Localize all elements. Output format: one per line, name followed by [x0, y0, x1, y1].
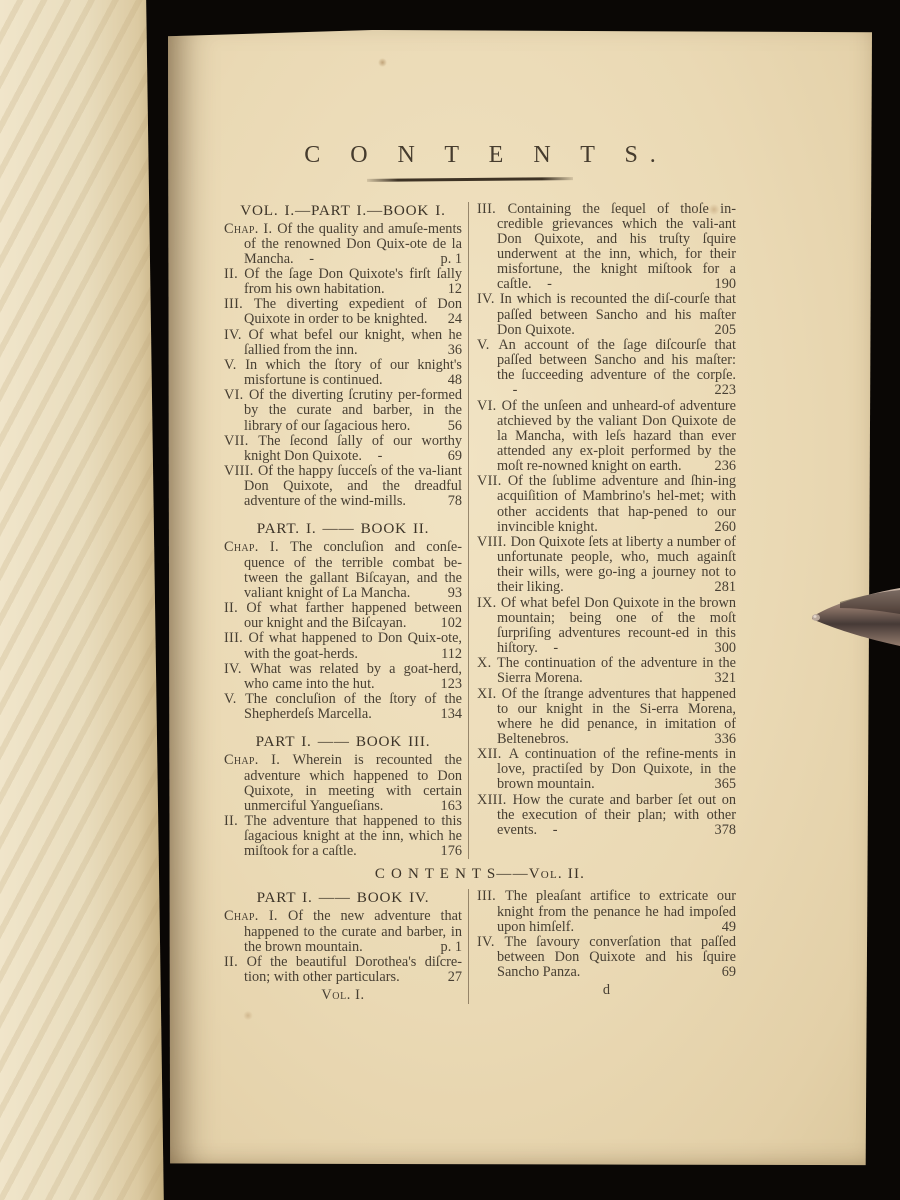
page-number: 48 [448, 373, 462, 388]
chapter-number: V. [477, 338, 498, 353]
page-number: p. 1 [441, 252, 462, 267]
page-number: 102 [441, 616, 462, 631]
toc-entry: VIII. Of the happy ſucceſs of the va-lia… [224, 464, 462, 509]
toc-entry: V. An account of the ſage diſcourſe that… [477, 338, 736, 399]
page-number: 223 [715, 383, 736, 398]
page-number: 236 [715, 459, 736, 474]
toc-entry: VIII. Don Quixote ſets at liberty a numb… [477, 535, 736, 596]
page-number: 49 [722, 920, 736, 935]
chapter-number: VII. [477, 474, 508, 489]
page-number: 123 [441, 677, 462, 692]
chapter-number: IV. [477, 292, 500, 307]
chapter-number: Chap. I. [224, 909, 288, 924]
book-section-heading: PART. I. —— BOOK II. [224, 520, 462, 538]
chapter-number: IV. [477, 935, 504, 950]
toc-entry: Chap. I. Of the quality and amuſe-ments … [224, 222, 462, 267]
filler-dash: - [537, 823, 573, 838]
toc-entry: VII. The ſecond ſally of our worthy knig… [224, 434, 462, 464]
facing-page [0, 0, 168, 1200]
toc-entry: VI. Of the diverting ſcrutiny per-formed… [224, 388, 462, 433]
toc-entry: II. The adventure that happened to this … [224, 814, 462, 859]
toc-entry: II. Of what farther happened between our… [224, 601, 462, 631]
photo-background: C O N T E N T S. VOL. I.—PART I.—BOOK I.… [0, 0, 900, 1200]
toc-entry: Chap. I. Wherein is recounted the advent… [224, 753, 462, 814]
toc-entry: IV. The ſavoury converſation that paſſed… [477, 935, 736, 980]
chapter-number: III. [224, 297, 254, 312]
page-number: 69 [448, 449, 462, 464]
page-number: 176 [441, 844, 462, 859]
page-content: C O N T E N T S. VOL. I.—PART I.—BOOK I.… [224, 26, 736, 1168]
filler-dash: - [294, 252, 330, 267]
page-number: 190 [715, 277, 736, 292]
title-rule [367, 177, 573, 181]
page-number: 205 [715, 323, 736, 338]
toc-entry: II. Of the beautiful Dorothea's diſcre-t… [224, 955, 462, 985]
page-number: 336 [715, 732, 736, 747]
filler-dash: - [497, 383, 533, 398]
chapter-number: XIII. [477, 793, 513, 808]
toc-entry: III. Of what happened to Don Quix-ote, w… [224, 631, 462, 661]
page-number: 321 [715, 671, 736, 686]
toc-entry: III. The diverting expedient of Don Quix… [224, 297, 462, 327]
page-number: 378 [715, 823, 736, 838]
chapter-number: II. [224, 814, 244, 829]
toc-columns-bottom: PART I. —— BOOK IV.Chap. I. Of the new a… [224, 889, 736, 1004]
chapter-number: V. [224, 358, 245, 373]
chapter-number: Chap. I. [224, 753, 293, 768]
toc-entry: Chap. I. Of the new adventure that happe… [224, 909, 462, 954]
filler-dash: - [538, 641, 574, 656]
page-number: 281 [715, 580, 736, 595]
chapter-number: VI. [224, 388, 249, 403]
chapter-number: III. [477, 889, 505, 904]
chapter-number: IV. [224, 662, 250, 677]
page-number: 24 [448, 312, 462, 327]
filler-dash: - [362, 449, 398, 464]
chapter-number: XI. [477, 687, 502, 702]
page-number: 134 [441, 707, 462, 722]
page-number: 78 [448, 494, 462, 509]
chapter-number: II. [224, 601, 246, 616]
toc-entry: Chap. I. The concluſion and conſe-quence… [224, 540, 462, 601]
page-number: 69 [722, 965, 736, 980]
chapter-number: VIII. [224, 464, 258, 479]
chapter-number: IV. [224, 328, 248, 343]
page-number: 27 [448, 970, 462, 985]
chapter-number: VII. [224, 434, 258, 449]
toc-entry: II. Of the ſage Don Quixote's firſt ſall… [224, 267, 462, 297]
toc-columns-top: VOL. I.—PART I.—BOOK I.Chap. I. Of the q… [224, 202, 736, 860]
toc-entry: IV. In which is recounted the diſ-courſe… [477, 292, 736, 337]
page-number: 36 [448, 343, 462, 358]
chapter-number: X. [477, 656, 497, 671]
contents-page: C O N T E N T S. VOL. I.—PART I.—BOOK I.… [168, 26, 872, 1168]
filler-dash: - [532, 277, 568, 292]
chapter-number: VI. [477, 399, 502, 414]
chapter-number: V. [224, 692, 245, 707]
toc-entry: IX. Of what befel Don Quixote in the bro… [477, 596, 736, 657]
chapter-number: VIII. [477, 535, 511, 550]
toc-entry: V. The concluſion of the ſtory of the Sh… [224, 692, 462, 722]
page-title: C O N T E N T S. [224, 26, 748, 169]
toc-column-top-right: III. Containing the ſequel of thoſe in-c… [468, 202, 736, 860]
toc-entry: XIII. How the curate and barber ſet out … [477, 793, 736, 838]
chapter-number: Chap. I. [224, 222, 277, 237]
vol2-contents-header: C O N T E N T S——Vol. II. [224, 866, 736, 883]
page-number: 12 [448, 282, 462, 297]
toc-entry: VII. Of the ſublime adventure and ſhin-i… [477, 474, 736, 535]
chapter-number: Chap. I. [224, 540, 290, 555]
chapter-number: XII. [477, 747, 509, 762]
toc-entry: X. The continuation of the adventure in … [477, 656, 736, 686]
chapter-number: II. [224, 955, 247, 970]
toc-entry: III. The pleaſant artifice to extricate … [477, 889, 736, 934]
page-number: 163 [441, 799, 462, 814]
page-number: 112 [441, 647, 462, 662]
book-section-heading: PART I. —— BOOK III. [224, 733, 462, 751]
chapter-number: III. [477, 202, 508, 217]
toc-entry: XII. A continuation of the refine-ments … [477, 747, 736, 792]
toc-entry: IV. What was related by a goat-herd, who… [224, 662, 462, 692]
signature-mark: d [477, 982, 736, 999]
toc-column-bottom-right: III. The pleaſant artifice to extricate … [468, 889, 736, 1004]
toc-entry: V. In which the ſtory of our knight's mi… [224, 358, 462, 388]
toc-column-top-left: VOL. I.—PART I.—BOOK I.Chap. I. Of the q… [224, 202, 462, 860]
chapter-number: III. [224, 631, 249, 646]
volume-footer: Vol. I. [224, 987, 462, 1004]
toc-entry: VI. Of the unſeen and unheard-of adventu… [477, 399, 736, 475]
page-number: 93 [448, 586, 462, 601]
toc-entry: III. Containing the ſequel of thoſe in-c… [477, 202, 736, 293]
toc-entry: XI. Of the ſtrange adventures that happe… [477, 687, 736, 748]
page-number: 56 [448, 419, 462, 434]
toc-entry: IV. Of what befel our knight, when he ſa… [224, 328, 462, 358]
chapter-number: II. [224, 267, 244, 282]
book-section-heading: PART I. —— BOOK IV. [224, 889, 462, 907]
book-section-heading: VOL. I.—PART I.—BOOK I. [224, 202, 462, 220]
page-number: 365 [715, 777, 736, 792]
page-number: 260 [715, 520, 736, 535]
chapter-number: IX. [477, 596, 501, 611]
page-holder-clip-icon [810, 584, 900, 650]
page-number: p. 1 [441, 940, 462, 955]
toc-column-bottom-left: PART I. —— BOOK IV.Chap. I. Of the new a… [224, 889, 462, 1004]
page-number: 300 [715, 641, 736, 656]
